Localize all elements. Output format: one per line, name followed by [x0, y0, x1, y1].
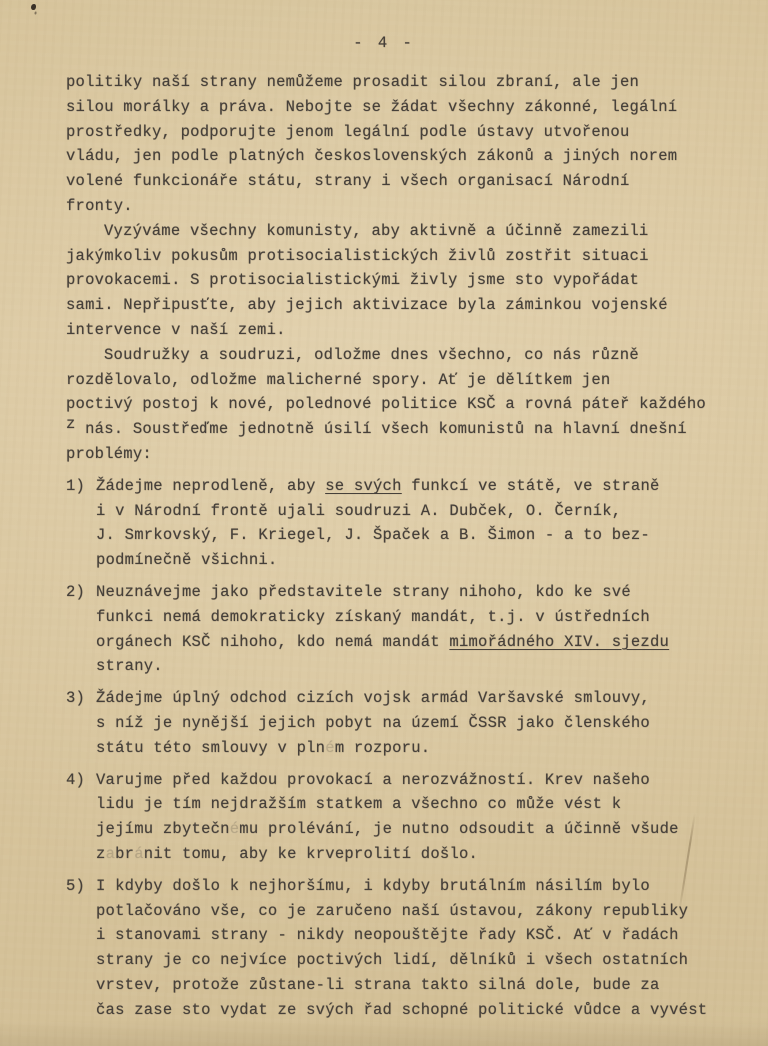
text-segment: a	[106, 845, 116, 863]
text-segment: jejímu zbytečn	[96, 820, 230, 838]
text-segment: státu této smlouvy v pln	[96, 739, 325, 757]
text-line: i stanovami strany - nikdy neopouštějte …	[96, 926, 728, 951]
text-segment: poctivý postoj k nové, polednové politic…	[66, 395, 706, 413]
text-segment: Soudružky a soudruzi, odložme dnes všech…	[104, 346, 639, 364]
text-line: z nás. Soustřeďme jednotně úsilí všech k…	[66, 420, 728, 445]
paragraph: Vyzýváme všechny komunisty, aby aktivně …	[66, 222, 728, 346]
list-item: 3)Žádejme úplný odchod cizích vojsk armá…	[66, 689, 728, 763]
text-line: lidu je tím nejdražším statkem a všechno…	[96, 795, 728, 820]
text-segment: mu prolévání, je nutno odsoudit a účinně…	[239, 820, 678, 838]
text-segment: orgánech KSČ nihoho, kdo nemá mandát	[96, 633, 449, 651]
text-line: strany je co nejvíce poctivých lidí, děl…	[96, 951, 728, 976]
text-segment: fronty.	[66, 197, 133, 215]
text-segment: prostředky, podporujte jenom legální pod…	[66, 123, 630, 141]
text-line: s níž je nynější jejich pobyt na území Č…	[96, 714, 728, 739]
text-line: politiky naší strany nemůžeme prosadit s…	[66, 73, 728, 98]
text-segment: Varujme před každou provokací a nerozváž…	[96, 771, 650, 789]
text-segment: é	[230, 820, 240, 838]
underlined-text: se svých	[325, 477, 401, 495]
text-line: podmínečně všichni.	[96, 551, 728, 576]
text-line: 2)Neuznávejme jako představitele strany …	[96, 583, 728, 608]
text-line: státu této smlouvy v plném rozporu.	[96, 739, 728, 764]
text-segment: z	[66, 415, 76, 433]
text-segment: rozdělovalo, odložme malicherné spory. A…	[66, 371, 610, 389]
text-segment: i v Národní frontě ujali soudruzi A. Dub…	[96, 502, 621, 520]
text-segment: politiky naší strany nemůžeme prosadit s…	[66, 73, 639, 91]
text-line: problémy:	[66, 445, 728, 470]
list-marker: 3)	[66, 689, 85, 707]
text-segment: m rozporu.	[335, 739, 431, 757]
text-line: prostředky, podporujte jenom legální pod…	[66, 123, 728, 148]
text-line: zabránit tomu, aby ke krveprolití došlo.	[96, 845, 728, 870]
text-segment: silou morálky a práva. Nebojte se žádat …	[66, 98, 677, 116]
text-segment: strany je co nejvíce poctivých lidí, děl…	[96, 951, 688, 969]
text-segment: Žádejme úplný odchod cizích vojsk armád …	[96, 689, 650, 707]
text-line: 1)Žádejme neprodleně, aby se svých funkc…	[96, 477, 728, 502]
list-marker: 1)	[66, 477, 85, 495]
list-marker: 2)	[66, 583, 85, 601]
text-segment: vládu, jen podle platných československý…	[66, 147, 677, 165]
underlined-text: mimořádného XIV. sjezdu	[449, 633, 669, 651]
text-segment: strany.	[96, 657, 163, 675]
list-item: 2)Neuznávejme jako představitele strany …	[66, 583, 728, 682]
text-line: potlačováno vše, co je zaručeno naší úst…	[96, 902, 728, 927]
text-segment: jakýmkoliv pokusům protisocialistických …	[66, 247, 649, 265]
text-segment: z	[96, 845, 106, 863]
list-item: 5)I kdyby došlo k nejhoršímu, i kdyby br…	[66, 877, 728, 1026]
text-line: poctivý postoj k nové, polednové politic…	[66, 395, 728, 420]
text-line: funkci nemá demokraticky získaný mandát,…	[96, 608, 728, 633]
text-segment: intervence v naší zemi.	[66, 321, 286, 339]
list-item: 4)Varujme před každou provokací a nerozv…	[66, 771, 728, 870]
text-segment: funkcí ve státě, ve straně	[402, 477, 660, 495]
text-segment: Žádejme neprodleně, aby	[96, 477, 325, 495]
text-segment: i stanovami strany - nikdy neopouštějte …	[96, 926, 679, 944]
text-line: čas zase sto vydat ze svých řad schopné …	[96, 1001, 728, 1026]
text-segment: vrstev, protože zůstane-li strana takto …	[96, 976, 660, 994]
text-line: orgánech KSČ nihoho, kdo nemá mandát mim…	[96, 633, 728, 658]
text-segment: čas zase sto vydat ze svých řad schopné …	[96, 1001, 707, 1019]
text-line: jejímu zbytečnému prolévání, je nutno od…	[96, 820, 728, 845]
text-line: 5)I kdyby došlo k nejhoršímu, i kdyby br…	[96, 877, 728, 902]
text-segment: I kdyby došlo k nejhoršímu, i kdyby brut…	[96, 877, 650, 895]
text-line: vrstev, protože zůstane-li strana takto …	[96, 976, 728, 1001]
text-line: volené funkcionáře státu, strany i všech…	[66, 172, 728, 197]
text-segment: provokacemi. S protisocialistickými živl…	[66, 271, 639, 289]
text-segment: nit tomu, aby ke krveprolití došlo.	[144, 845, 478, 863]
document-page: - 4 - politiky naší strany nemůžeme pros…	[0, 0, 768, 1046]
text-line: strany.	[96, 657, 728, 682]
text-segment: lidu je tím nejdražším statkem a všechno…	[96, 795, 621, 813]
text-segment: sami. Nepřipusťte, aby jejich aktivizace…	[66, 296, 668, 314]
list-item: 1)Žádejme neprodleně, aby se svých funkc…	[66, 477, 728, 576]
text-line: 4)Varujme před každou provokací a nerozv…	[96, 771, 728, 796]
text-line: fronty.	[66, 197, 728, 222]
text-line: J. Smrkovský, F. Kriegel, J. Špaček a B.…	[96, 526, 728, 551]
text-line: provokacemi. S protisocialistickými živl…	[66, 271, 728, 296]
paragraph: Soudružky a soudruzi, odložme dnes všech…	[66, 346, 728, 470]
text-line: vládu, jen podle platných československý…	[66, 147, 728, 172]
text-segment: potlačováno vše, co je zaručeno naší úst…	[96, 902, 688, 920]
text-segment: á	[134, 845, 144, 863]
text-line: sami. Nepřipusťte, aby jejich aktivizace…	[66, 296, 728, 321]
list-marker: 5)	[66, 877, 85, 895]
text-line: 3)Žádejme úplný odchod cizích vojsk armá…	[96, 689, 728, 714]
text-segment: br	[115, 845, 134, 863]
text-line: Vyzýváme všechny komunisty, aby aktivně …	[66, 222, 728, 247]
text-line: intervence v naší zemi.	[66, 321, 728, 346]
document-body: politiky naší strany nemůžeme prosadit s…	[66, 73, 728, 1025]
paragraph: politiky naší strany nemůžeme prosadit s…	[66, 73, 728, 222]
text-segment: Vyzýváme všechny komunisty, aby aktivně …	[104, 222, 648, 240]
list-marker: 4)	[66, 771, 85, 789]
text-segment: Neuznávejme jako představitele strany ni…	[96, 583, 631, 601]
page-number: - 4 -	[66, 34, 702, 52]
text-segment: problémy:	[66, 445, 152, 463]
text-line: Soudružky a soudruzi, odložme dnes všech…	[66, 346, 728, 371]
text-line: rozdělovalo, odložme malicherné spory. A…	[66, 371, 728, 396]
text-segment: funkci nemá demokraticky získaný mandát,…	[96, 608, 650, 626]
text-line: i v Národní frontě ujali soudruzi A. Dub…	[96, 502, 728, 527]
text-segment: nás. Soustřeďme jednotně úsilí všech kom…	[76, 420, 687, 438]
text-line: silou morálky a práva. Nebojte se žádat …	[66, 98, 728, 123]
text-line: jakýmkoliv pokusům protisocialistických …	[66, 247, 728, 272]
text-segment: J. Smrkovský, F. Kriegel, J. Špaček a B.…	[96, 526, 650, 544]
text-segment: s níž je nynější jejich pobyt na území Č…	[96, 714, 650, 732]
text-segment: podmínečně všichni.	[96, 551, 277, 569]
text-segment: volené funkcionáře státu, strany i všech…	[66, 172, 630, 190]
text-segment: é	[325, 739, 335, 757]
